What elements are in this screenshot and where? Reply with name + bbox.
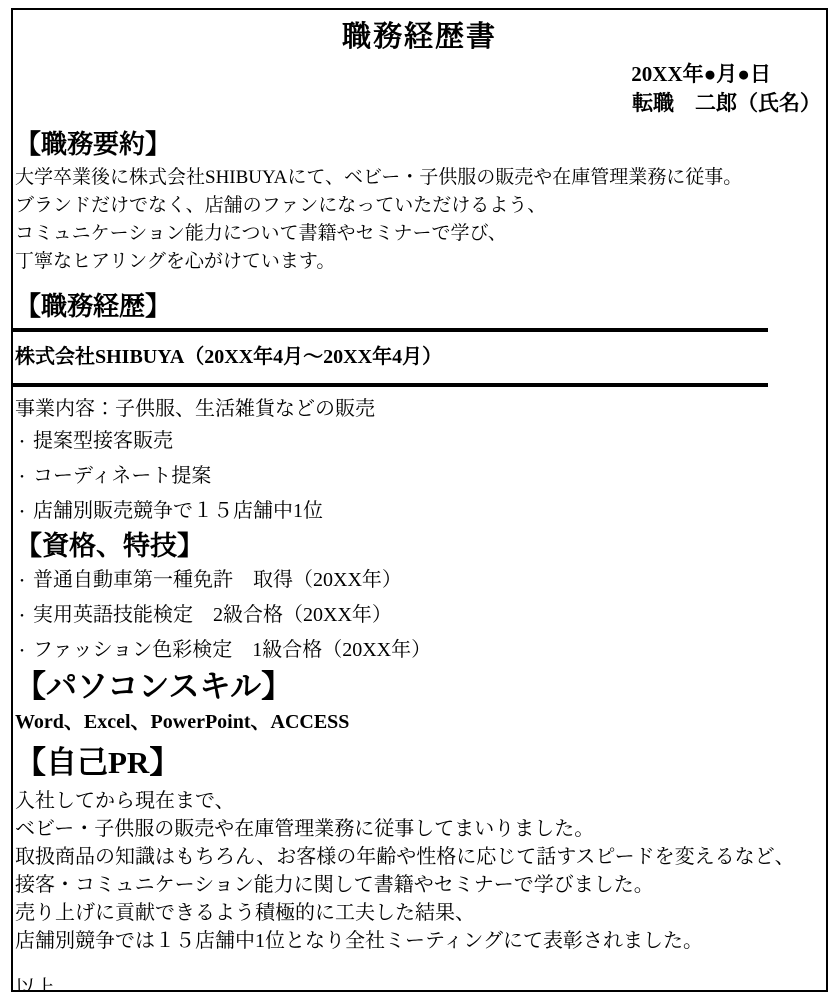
horizontal-rule-bottom [13, 383, 768, 387]
self-pr-line: 店舗別競争では１５店舗中1位となり全社ミーティングにて表彰されました。 [15, 927, 824, 955]
bullet-icon: ・ [15, 462, 33, 495]
career-bullet-list: ・ 提案型接客販売 ・ コーディネート提案 ・ 店舗別販売競争で１５店舗中1位 [15, 425, 824, 530]
list-item: ・ コーディネート提案 [15, 460, 824, 495]
list-item: ・ 提案型接客販売 [15, 425, 824, 460]
list-item-text: コーディネート提案 [33, 460, 211, 493]
self-pr-line: 取扱商品の知識はもちろん、お客様の年齢や性格に応じて話すスピードを変えるなど、 [15, 843, 824, 871]
business-description-line: 事業内容：子供服、生活雑貨などの販売 [15, 395, 824, 423]
section-heading-pc-skills: 【パソコンスキル】 [15, 665, 824, 709]
self-pr-line: 接客・コミュニケーション能力に関して書籍やセミナーで学びました。 [15, 871, 824, 899]
job-summary-paragraph: 大学卒業後に株式会社SHIBUYAにて、ベビー・子供服の販売や在庫管理業務に従事… [15, 164, 824, 276]
list-item-text: 実用英語技能検定 2級合格（20XX年） [33, 599, 392, 632]
qualifications-bullet-list: ・ 普通自動車第一種免許 取得（20XX年） ・ 実用英語技能検定 2級合格（2… [15, 564, 824, 669]
summary-line: 丁寧なヒアリングを心がけています。 [15, 248, 824, 276]
horizontal-rule-top [13, 328, 768, 332]
summary-line: コミュニケーション能力について書籍やセミナーで学び、 [15, 220, 824, 248]
company-period-line: 株式会社SHIBUYA（20XX年4月～20XX年4月） [15, 344, 824, 371]
summary-line: ブランドだけでなく、店舗のファンになっていただけるよう、 [15, 192, 824, 220]
section-heading-qualifications: 【資格、特技】 [15, 528, 824, 564]
self-pr-line: 売り上げに貢献できるよう積極的に工夫した結果、 [15, 899, 824, 927]
pc-skills-line: Word、Excel、PowerPoint、ACCESS [15, 709, 824, 735]
applicant-name: 転職 二郎（氏名） [15, 88, 824, 118]
document-title: 職務経歴書 [15, 16, 824, 58]
list-item: ・ 実用英語技能検定 2級合格（20XX年） [15, 599, 824, 634]
section-heading-work-history: 【職務経歴】 [15, 290, 824, 324]
section-heading-job-summary: 【職務要約】 [15, 128, 824, 162]
closing-statement: 以上 [15, 975, 824, 992]
self-pr-line: ベビー・子供服の販売や在庫管理業務に従事してまいりました。 [15, 815, 824, 843]
bullet-icon: ・ [15, 601, 33, 634]
list-item: ・ ファッション色彩検定 1級合格（20XX年） [15, 634, 824, 669]
self-pr-line: 入社してから現在まで、 [15, 787, 824, 815]
document-date: 20XX年●月●日 [15, 60, 824, 88]
list-item-text: 提案型接客販売 [33, 425, 173, 458]
summary-line: 大学卒業後に株式会社SHIBUYAにて、ベビー・子供服の販売や在庫管理業務に従事… [15, 164, 824, 192]
bullet-icon: ・ [15, 566, 33, 599]
document-border-frame: 職務経歴書 20XX年●月●日 転職 二郎（氏名） 【職務要約】 大学卒業後に株… [11, 8, 828, 992]
resume-document-page: { "document": { "title": "職務経歴書", "date"… [0, 0, 840, 1000]
list-item: ・ 店舗別販売競争で１５店舗中1位 [15, 495, 824, 530]
bullet-icon: ・ [15, 427, 33, 460]
section-heading-self-pr: 【自己PR】 [15, 741, 824, 785]
list-item: ・ 普通自動車第一種免許 取得（20XX年） [15, 564, 824, 599]
list-item-text: 普通自動車第一種免許 取得（20XX年） [33, 564, 402, 597]
list-item-text: ファッション色彩検定 1級合格（20XX年） [33, 634, 431, 667]
self-pr-paragraph: 入社してから現在まで、 ベビー・子供服の販売や在庫管理業務に従事してまいりました… [15, 787, 824, 955]
bullet-icon: ・ [15, 497, 33, 530]
list-item-text: 店舗別販売競争で１５店舗中1位 [33, 495, 323, 528]
